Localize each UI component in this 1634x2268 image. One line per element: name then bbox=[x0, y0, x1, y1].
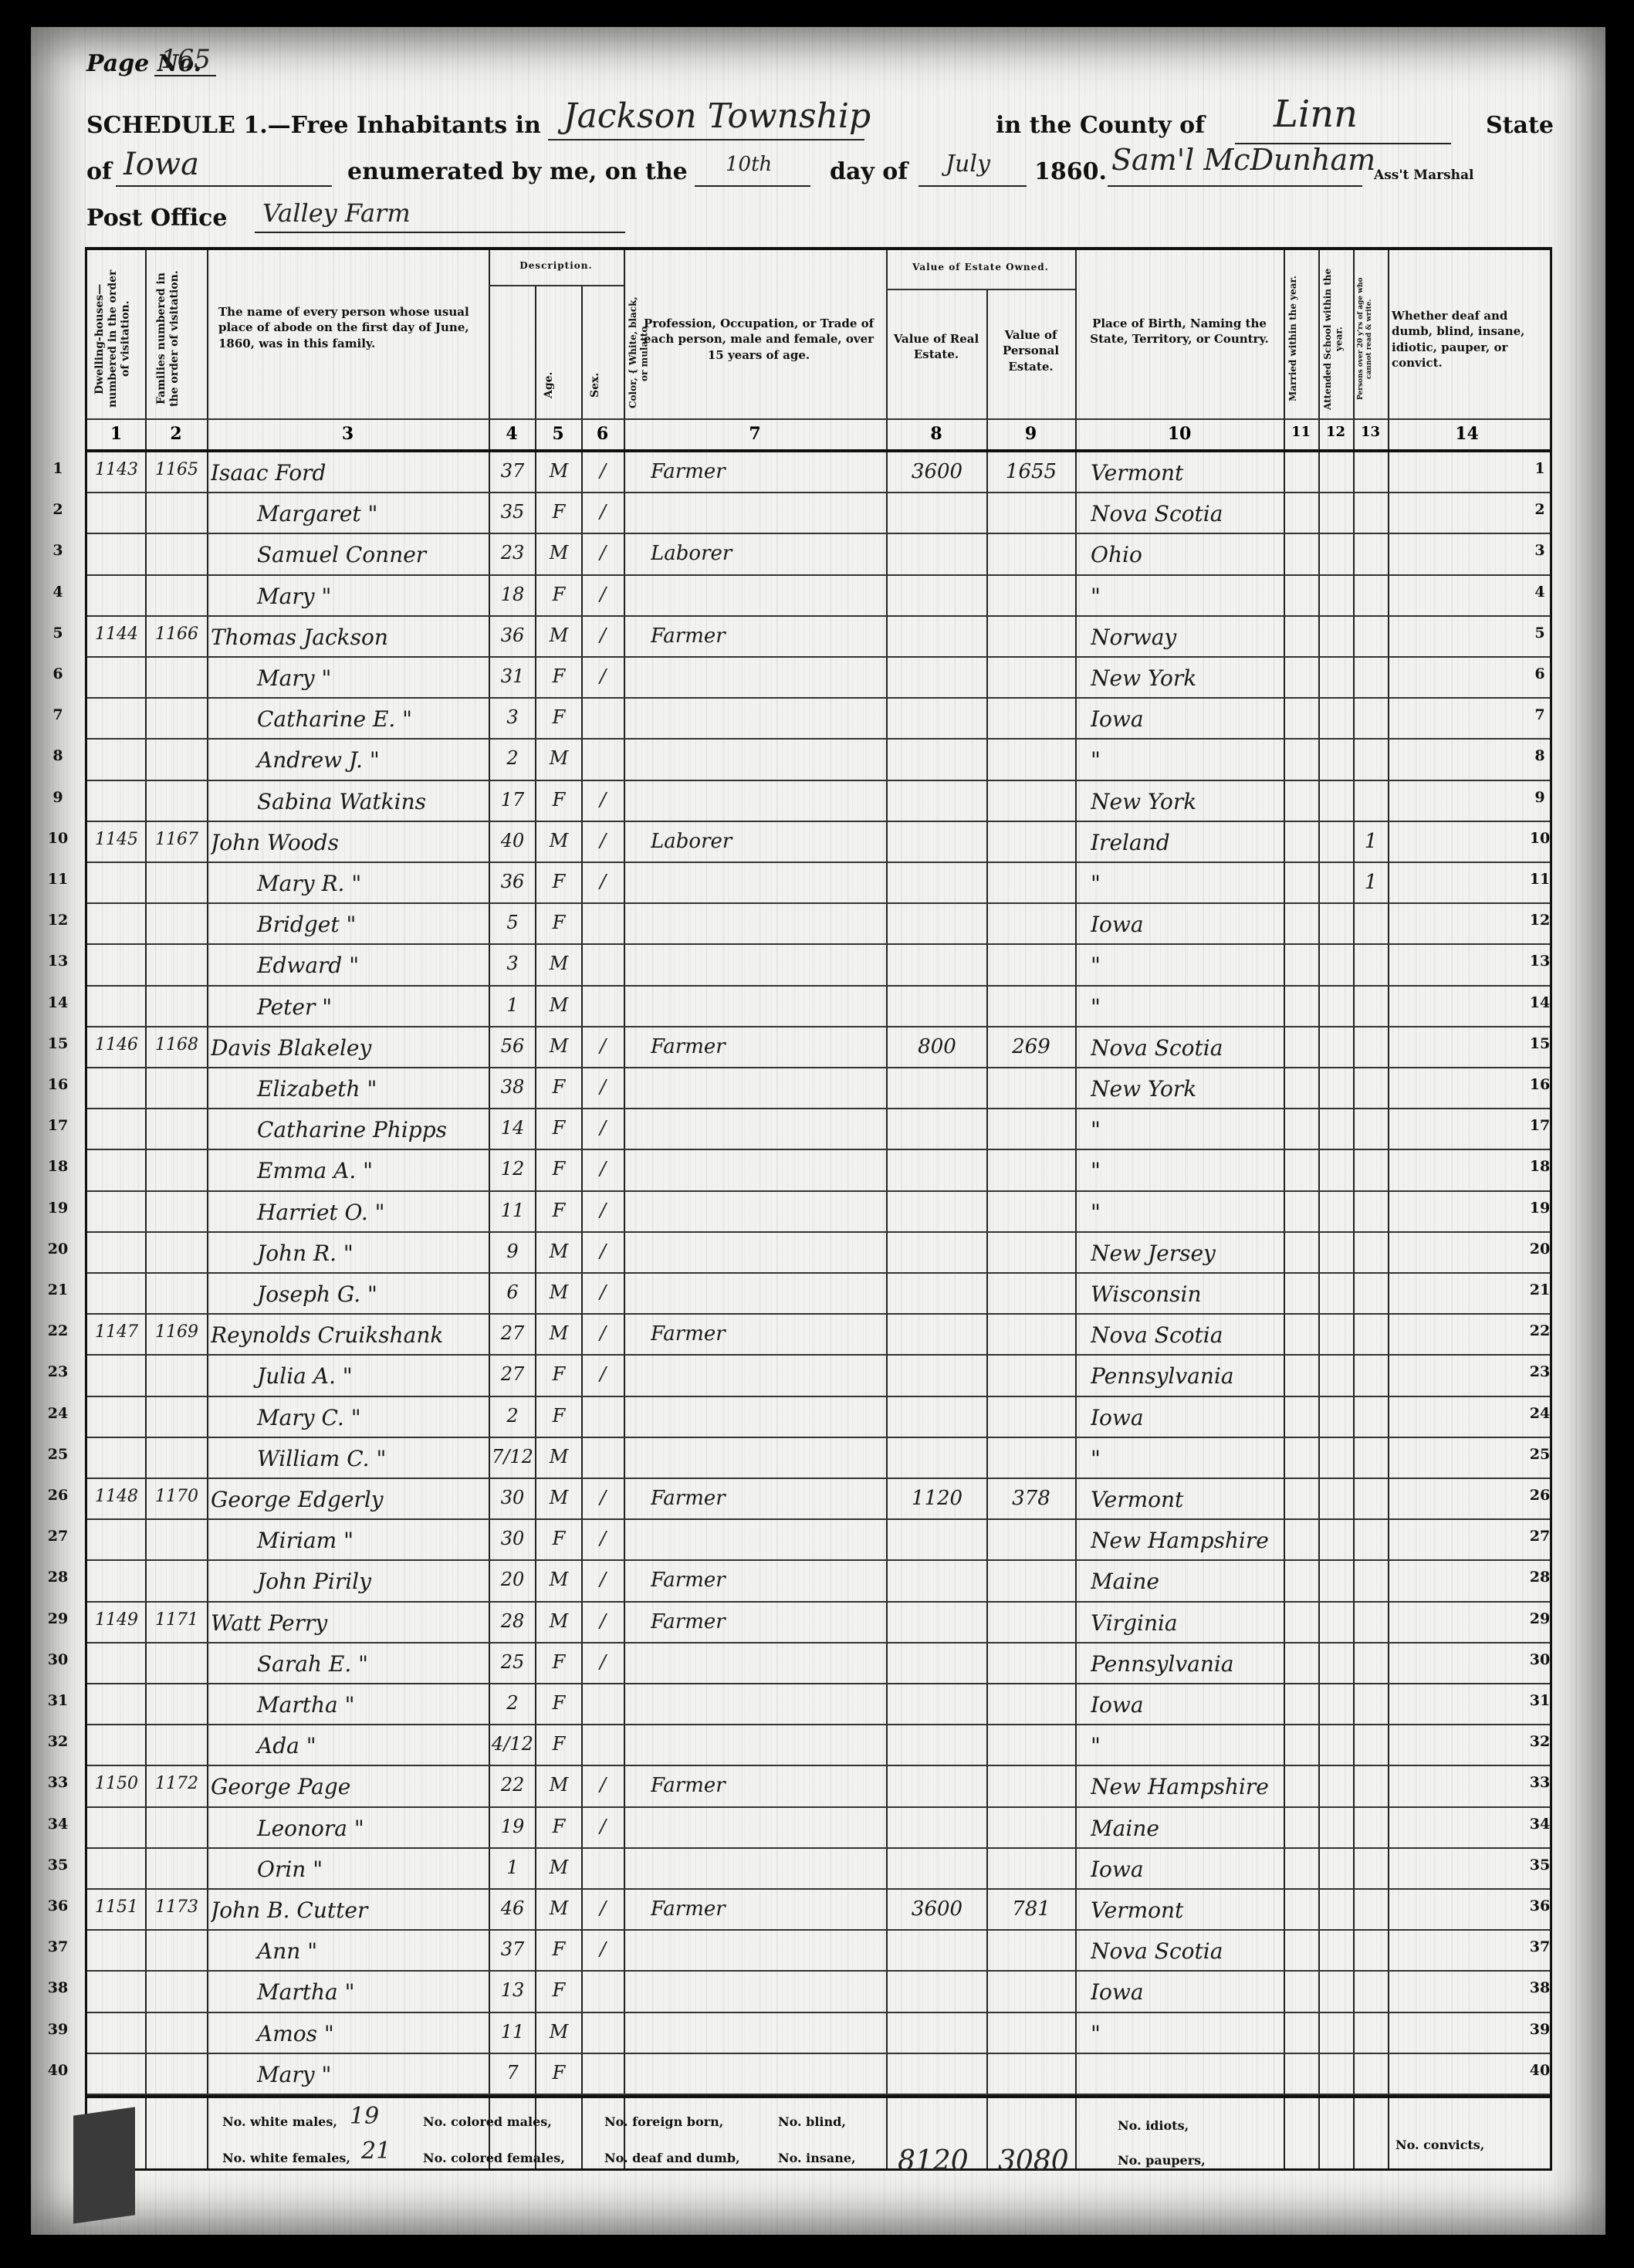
estate-group-divider bbox=[886, 289, 1075, 290]
sex: F bbox=[536, 1405, 581, 1427]
sex: M bbox=[536, 1774, 581, 1796]
line-number-right: 3 bbox=[1524, 542, 1555, 559]
dwelling-number: 1149 bbox=[89, 1610, 144, 1630]
age: 14 bbox=[490, 1117, 535, 1139]
line-number-right: 12 bbox=[1524, 912, 1555, 929]
line-number-right: 9 bbox=[1524, 789, 1555, 806]
person-name: Elizabeth " bbox=[211, 1076, 533, 1102]
color: / bbox=[583, 501, 623, 523]
color: / bbox=[583, 1076, 623, 1098]
table-row: John Pirily20M/FarmerMaine bbox=[87, 1561, 1550, 1602]
birthplace: Vermont bbox=[1091, 460, 1282, 486]
county-label: in the County of bbox=[996, 112, 1205, 139]
sex: F bbox=[536, 1158, 581, 1180]
table-row: Emma A. "12F/" bbox=[87, 1150, 1550, 1191]
birthplace: " bbox=[1091, 1733, 1282, 1759]
line-number-left: 27 bbox=[42, 1528, 73, 1545]
table-row: Mary R. "36F/"1 bbox=[87, 863, 1550, 904]
sex: F bbox=[536, 789, 581, 811]
person-name: Isaac Ford bbox=[211, 460, 487, 486]
birthplace: New York bbox=[1091, 1076, 1282, 1102]
foreign-born-label: No. foreign born, bbox=[604, 2114, 723, 2129]
line-number-right: 34 bbox=[1524, 1816, 1555, 1833]
birthplace: New Hampshire bbox=[1091, 1774, 1282, 1799]
birthplace: New York bbox=[1091, 789, 1282, 814]
birthplace: Iowa bbox=[1091, 706, 1282, 732]
person-name: Julia A. " bbox=[211, 1363, 533, 1389]
table-row: 11471169Reynolds Cruikshank27M/FarmerNov… bbox=[87, 1315, 1550, 1356]
age: 2 bbox=[490, 1692, 535, 1714]
line-number-left: 38 bbox=[42, 1979, 73, 1996]
person-name: Andrew J. " bbox=[211, 747, 533, 773]
person-name: Leonora " bbox=[211, 1816, 533, 1841]
table-row: Mary "18F/" bbox=[87, 576, 1550, 617]
age: 7/12 bbox=[490, 1446, 535, 1467]
enumerator-underline bbox=[1108, 185, 1362, 187]
line-number-left: 30 bbox=[42, 1651, 73, 1668]
sex: M bbox=[536, 1446, 581, 1467]
age: 35 bbox=[490, 501, 535, 523]
age: 30 bbox=[490, 1487, 535, 1508]
col-number: 3 bbox=[207, 424, 489, 444]
paupers-label: No. paupers, bbox=[1118, 2153, 1206, 2168]
dwelling-number: 1151 bbox=[89, 1897, 144, 1917]
line-number-right: 22 bbox=[1524, 1322, 1555, 1339]
birthplace: Vermont bbox=[1091, 1487, 1282, 1512]
line-number-right: 38 bbox=[1524, 1979, 1555, 1996]
color: / bbox=[583, 1117, 623, 1139]
sex: F bbox=[536, 1979, 581, 2001]
col-number: 14 bbox=[1388, 424, 1546, 444]
real-estate-total: 8120 bbox=[898, 2145, 969, 2177]
color: / bbox=[583, 1569, 623, 1590]
age: 3 bbox=[490, 706, 535, 728]
table-row: Martha "2FIowa bbox=[87, 1684, 1550, 1725]
line-number-right: 33 bbox=[1524, 1774, 1555, 1791]
table-row: 11441166Thomas Jackson36M/FarmerNorway bbox=[87, 617, 1550, 658]
occupation: Farmer bbox=[651, 625, 882, 648]
age: 2 bbox=[490, 1405, 535, 1427]
col-number: 11 bbox=[1284, 424, 1318, 440]
col2-header: Families numbered in the order of visita… bbox=[155, 266, 201, 412]
line-number-left: 40 bbox=[42, 2062, 73, 2079]
color: / bbox=[583, 1816, 623, 1837]
white-males-label: No. white males, bbox=[222, 2114, 337, 2129]
color: / bbox=[583, 1610, 623, 1632]
col-number: 13 bbox=[1353, 424, 1388, 440]
personal-estate-value: 781 bbox=[989, 1897, 1074, 1921]
table-row: Samuel Conner23M/LaborerOhio bbox=[87, 534, 1550, 575]
birthplace: Iowa bbox=[1091, 1857, 1282, 1882]
line-number-right: 37 bbox=[1524, 1938, 1555, 1955]
age: 36 bbox=[490, 871, 535, 892]
person-name: Catharine Phipps bbox=[211, 1117, 533, 1142]
line-number-left: 24 bbox=[42, 1405, 73, 1422]
family-number: 1170 bbox=[147, 1487, 206, 1506]
sex: M bbox=[536, 2021, 581, 2043]
line-number-right: 2 bbox=[1524, 501, 1555, 518]
line-number-right: 4 bbox=[1524, 584, 1555, 601]
birthplace: " bbox=[1091, 953, 1282, 978]
col14-header: Whether deaf and dumb, blind, insane, id… bbox=[1392, 308, 1546, 371]
estate-group-header: Value of Estate Owned. bbox=[886, 261, 1075, 273]
table-row: 11451167John Woods40M/LaborerIreland1 bbox=[87, 822, 1550, 863]
birthplace: " bbox=[1091, 1117, 1282, 1142]
line-number-right: 32 bbox=[1524, 1733, 1555, 1750]
occupation: Farmer bbox=[651, 1322, 882, 1346]
table-row: Ada "4/12F" bbox=[87, 1725, 1550, 1766]
footer-divider bbox=[87, 2095, 1550, 2098]
line-number-left: 36 bbox=[42, 1897, 73, 1914]
birthplace: Pennsylvania bbox=[1091, 1363, 1282, 1389]
occupation: Farmer bbox=[651, 1569, 882, 1592]
birthplace: " bbox=[1091, 747, 1282, 773]
sex: M bbox=[536, 542, 581, 564]
birthplace: Pennsylvania bbox=[1091, 1651, 1282, 1677]
description-group-divider bbox=[489, 285, 624, 286]
birthplace: " bbox=[1091, 584, 1282, 609]
occupation: Farmer bbox=[651, 460, 882, 483]
table-row: Miriam "30F/New Hampshire bbox=[87, 1520, 1550, 1561]
col11-header: Married within the year. bbox=[1287, 266, 1317, 412]
white-females-count: 21 bbox=[361, 2138, 391, 2165]
person-name: Emma A. " bbox=[211, 1158, 533, 1183]
birthplace: " bbox=[1091, 1446, 1282, 1471]
color: / bbox=[583, 1035, 623, 1057]
line-number-left: 8 bbox=[42, 747, 73, 764]
sex: F bbox=[536, 706, 581, 728]
col-number: 8 bbox=[886, 424, 986, 444]
person-name: William C. " bbox=[211, 1446, 533, 1471]
age: 28 bbox=[490, 1610, 535, 1632]
age: 11 bbox=[490, 2021, 535, 2043]
person-name: Amos " bbox=[211, 2021, 533, 2046]
person-name: Martha " bbox=[211, 1692, 533, 1718]
age: 36 bbox=[490, 625, 535, 646]
family-number: 1166 bbox=[147, 625, 206, 644]
person-name: Watt Perry bbox=[211, 1610, 487, 1636]
age: 12 bbox=[490, 1158, 535, 1180]
line-number-right: 30 bbox=[1524, 1651, 1555, 1668]
birthplace: Wisconsin bbox=[1091, 1281, 1282, 1307]
color: / bbox=[583, 542, 623, 564]
page-number-underline bbox=[154, 75, 216, 76]
birthplace: Maine bbox=[1091, 1816, 1282, 1841]
family-number: 1169 bbox=[147, 1322, 206, 1342]
birthplace: " bbox=[1091, 871, 1282, 896]
table-row: 11431165Isaac Ford37M/Farmer36001655Verm… bbox=[87, 452, 1550, 493]
line-number-right: 8 bbox=[1524, 747, 1555, 764]
age: 6 bbox=[490, 1281, 535, 1303]
state-label: State bbox=[1486, 112, 1554, 139]
white-males-count: 19 bbox=[350, 2103, 379, 2130]
dwelling-number: 1143 bbox=[89, 460, 144, 479]
occupation: Laborer bbox=[651, 542, 882, 565]
color: / bbox=[583, 871, 623, 892]
birthplace: Nova Scotia bbox=[1091, 501, 1282, 526]
person-name: John R. " bbox=[211, 1241, 533, 1266]
col-number: 2 bbox=[145, 424, 207, 444]
binding-tab bbox=[73, 2107, 135, 2223]
person-name: Sabina Watkins bbox=[211, 789, 533, 814]
col9-header: Value of Personal Estate. bbox=[990, 327, 1071, 374]
col-number: 1 bbox=[87, 424, 145, 444]
birthplace: " bbox=[1091, 1158, 1282, 1183]
birthplace: " bbox=[1091, 2021, 1282, 2046]
birthplace: Ireland bbox=[1091, 830, 1282, 855]
line-number-right: 21 bbox=[1524, 1281, 1555, 1298]
line-number-left: 32 bbox=[42, 1733, 73, 1750]
personal-estate-value: 378 bbox=[989, 1487, 1074, 1510]
sex: M bbox=[536, 747, 581, 769]
occupation: Farmer bbox=[651, 1774, 882, 1797]
sex: F bbox=[536, 1528, 581, 1549]
table-row: Julia A. "27F/Pennsylvania bbox=[87, 1356, 1550, 1396]
line-number-right: 35 bbox=[1524, 1857, 1555, 1874]
age: 13 bbox=[490, 1979, 535, 2001]
line-number-right: 6 bbox=[1524, 665, 1555, 682]
line-number-left: 19 bbox=[42, 1200, 73, 1217]
table-row: 11491171Watt Perry28M/FarmerVirginia bbox=[87, 1603, 1550, 1643]
line-number-right: 31 bbox=[1524, 1692, 1555, 1709]
family-number: 1171 bbox=[147, 1610, 206, 1630]
color: / bbox=[583, 1528, 623, 1549]
age: 25 bbox=[490, 1651, 535, 1673]
line-number-left: 16 bbox=[42, 1076, 73, 1093]
color: / bbox=[583, 1651, 623, 1673]
line-number-left: 39 bbox=[42, 2021, 73, 2038]
age: 27 bbox=[490, 1363, 535, 1385]
birthplace: Norway bbox=[1091, 625, 1282, 650]
sex: M bbox=[536, 830, 581, 851]
person-name: Bridget " bbox=[211, 912, 533, 937]
line-number-left: 1 bbox=[42, 460, 73, 477]
post-office-value: Valley Farm bbox=[262, 198, 411, 228]
page-number: 165 bbox=[161, 44, 211, 75]
person-name: Edward " bbox=[211, 953, 533, 978]
color: / bbox=[583, 584, 623, 605]
person-name: Joseph G. " bbox=[211, 1281, 533, 1307]
real-estate-value: 3600 bbox=[890, 1897, 984, 1921]
birthplace: Virginia bbox=[1091, 1610, 1282, 1636]
birthplace: Iowa bbox=[1091, 1692, 1282, 1718]
state-underline bbox=[116, 185, 332, 187]
birthplace: " bbox=[1091, 994, 1282, 1020]
person-name: Martha " bbox=[211, 1979, 533, 2005]
dwelling-number: 1146 bbox=[89, 1035, 144, 1054]
line-number-right: 13 bbox=[1524, 953, 1555, 970]
table-row: 11481170George Edgerly30M/Farmer1120378V… bbox=[87, 1479, 1550, 1520]
table-row: Orin "1MIowa bbox=[87, 1849, 1550, 1890]
age: 22 bbox=[490, 1774, 535, 1796]
sex: M bbox=[536, 994, 581, 1016]
birthplace: " bbox=[1091, 1200, 1282, 1225]
age: 19 bbox=[490, 1816, 535, 1837]
age: 56 bbox=[490, 1035, 535, 1057]
color: / bbox=[583, 1322, 623, 1344]
col4-header: Age. bbox=[543, 358, 573, 412]
table-row: Peter "1M" bbox=[87, 987, 1550, 1027]
line-number-right: 28 bbox=[1524, 1569, 1555, 1586]
person-name: Reynolds Cruikshank bbox=[211, 1322, 487, 1348]
insane-label: No. insane, bbox=[778, 2151, 856, 2165]
table-row: Martha "13FIowa bbox=[87, 1972, 1550, 2012]
person-name: Catharine E. " bbox=[211, 706, 533, 732]
line-number-left: 15 bbox=[42, 1035, 73, 1052]
age: 37 bbox=[490, 460, 535, 482]
birthplace: Maine bbox=[1091, 1569, 1282, 1594]
birthplace: Iowa bbox=[1091, 1405, 1282, 1430]
occupation: Farmer bbox=[651, 1035, 882, 1058]
blind-label: No. blind, bbox=[778, 2114, 846, 2129]
age: 5 bbox=[490, 912, 535, 933]
line-number-left: 26 bbox=[42, 1487, 73, 1504]
line-number-left: 34 bbox=[42, 1816, 73, 1833]
line-number-left: 18 bbox=[42, 1158, 73, 1175]
sex: M bbox=[536, 953, 581, 974]
line-number-left: 4 bbox=[42, 584, 73, 601]
col-number: 5 bbox=[535, 424, 581, 444]
table-row: Sarah E. "25F/Pennsylvania bbox=[87, 1643, 1550, 1684]
real-estate-value: 3600 bbox=[890, 460, 984, 483]
person-name: Sarah E. " bbox=[211, 1651, 533, 1677]
dwelling-number: 1147 bbox=[89, 1322, 144, 1342]
line-number-left: 28 bbox=[42, 1569, 73, 1586]
person-name: Davis Blakeley bbox=[211, 1035, 487, 1061]
cannot-read-write: 1 bbox=[1355, 871, 1387, 894]
personal-estate-value: 269 bbox=[989, 1035, 1074, 1058]
line-number-left: 35 bbox=[42, 1857, 73, 1874]
line-number-left: 13 bbox=[42, 953, 73, 970]
deaf-dumb-label: No. deaf and dumb, bbox=[604, 2151, 740, 2165]
table-row: Catharine Phipps14F/" bbox=[87, 1109, 1550, 1150]
col-number: 6 bbox=[581, 424, 624, 444]
family-number: 1168 bbox=[147, 1035, 206, 1054]
birthplace: Nova Scotia bbox=[1091, 1035, 1282, 1061]
sex: M bbox=[536, 1281, 581, 1303]
col7-header: Profession, Occupation, or Trade of each… bbox=[643, 316, 875, 363]
age: 20 bbox=[490, 1569, 535, 1590]
table-row: Leonora "19F/Maine bbox=[87, 1808, 1550, 1849]
birthplace: New Hampshire bbox=[1091, 1528, 1282, 1553]
dwelling-number: 1148 bbox=[89, 1487, 144, 1506]
township-value: Jackson Township bbox=[563, 96, 871, 136]
col3-header: The name of every person whose usual pla… bbox=[218, 304, 481, 351]
line-number-right: 15 bbox=[1524, 1035, 1555, 1052]
age: 3 bbox=[490, 953, 535, 974]
birthplace: Iowa bbox=[1091, 912, 1282, 937]
line-number-right: 11 bbox=[1524, 871, 1555, 888]
year-label: 1860. bbox=[1034, 158, 1107, 185]
birthplace: Nova Scotia bbox=[1091, 1938, 1282, 1964]
line-number-right: 17 bbox=[1524, 1117, 1555, 1134]
line-number-right: 29 bbox=[1524, 1610, 1555, 1627]
table-row: Edward "3M" bbox=[87, 945, 1550, 986]
post-office-underline bbox=[255, 232, 625, 233]
line-number-left: 20 bbox=[42, 1241, 73, 1258]
sex: M bbox=[536, 1610, 581, 1632]
sex: F bbox=[536, 1117, 581, 1139]
line-number-right: 16 bbox=[1524, 1076, 1555, 1093]
real-estate-value: 800 bbox=[890, 1035, 984, 1058]
sex: F bbox=[536, 1363, 581, 1385]
age: 31 bbox=[490, 665, 535, 687]
age: 1 bbox=[490, 994, 535, 1016]
person-name: Orin " bbox=[211, 1857, 533, 1882]
dwelling-number: 1145 bbox=[89, 830, 144, 849]
line-number-right: 20 bbox=[1524, 1241, 1555, 1258]
real-estate-value: 1120 bbox=[890, 1487, 984, 1510]
age: 1 bbox=[490, 1857, 535, 1878]
cannot-read-write: 1 bbox=[1355, 830, 1387, 853]
census-table: Description. Value of Estate Owned. Dwel… bbox=[85, 247, 1552, 2171]
sex: M bbox=[536, 1241, 581, 1262]
age: 4/12 bbox=[490, 1733, 535, 1755]
dwelling-number: 1150 bbox=[89, 1774, 144, 1793]
color: / bbox=[583, 665, 623, 687]
sex: F bbox=[536, 501, 581, 523]
line-number-left: 25 bbox=[42, 1446, 73, 1463]
month-value: July bbox=[946, 151, 990, 178]
table-row: 11461168Davis Blakeley56M/Farmer800269No… bbox=[87, 1027, 1550, 1068]
table-row: Elizabeth "38F/New York bbox=[87, 1068, 1550, 1109]
table-row: Amos "11M" bbox=[87, 2013, 1550, 2054]
person-name: Harriet O. " bbox=[211, 1200, 533, 1225]
sex: F bbox=[536, 1938, 581, 1960]
person-name: Miriam " bbox=[211, 1528, 533, 1553]
age: 27 bbox=[490, 1322, 535, 1344]
marshal-label: Ass't Marshal bbox=[1374, 168, 1474, 183]
sex: M bbox=[536, 1487, 581, 1508]
sex: F bbox=[536, 1076, 581, 1098]
age: 46 bbox=[490, 1897, 535, 1919]
colored-males-label: No. colored males, bbox=[423, 2114, 552, 2129]
occupation: Farmer bbox=[651, 1487, 882, 1510]
color: / bbox=[583, 1281, 623, 1303]
age: 7 bbox=[490, 2062, 535, 2084]
line-number-left: 29 bbox=[42, 1610, 73, 1627]
day-of-label: day of bbox=[830, 158, 908, 185]
family-number: 1173 bbox=[147, 1897, 206, 1917]
color: / bbox=[583, 830, 623, 851]
table-row: Mary C. "2FIowa bbox=[87, 1397, 1550, 1438]
sex: M bbox=[536, 625, 581, 646]
day-underline bbox=[695, 185, 810, 187]
personal-estate-total: 3080 bbox=[998, 2145, 1069, 2177]
line-number-right: 40 bbox=[1524, 2062, 1555, 2079]
age: 40 bbox=[490, 830, 535, 851]
line-number-left: 6 bbox=[42, 665, 73, 682]
birthplace: Vermont bbox=[1091, 1897, 1282, 1923]
post-office-label: Post Office bbox=[86, 205, 227, 232]
line-number-left: 5 bbox=[42, 625, 73, 641]
sex: F bbox=[536, 1816, 581, 1837]
convicts-label: No. convicts, bbox=[1395, 2138, 1484, 2152]
line-number-left: 14 bbox=[42, 994, 73, 1011]
family-number: 1165 bbox=[147, 460, 206, 479]
color: / bbox=[583, 460, 623, 482]
person-name: Mary R. " bbox=[211, 871, 533, 896]
color: / bbox=[583, 1200, 623, 1221]
line-number-right: 25 bbox=[1524, 1446, 1555, 1463]
col12-header: Attended School within the year. bbox=[1322, 266, 1352, 412]
month-underline bbox=[918, 185, 1027, 187]
sex: F bbox=[536, 2062, 581, 2084]
age: 9 bbox=[490, 1241, 535, 1262]
line-number-right: 1 bbox=[1524, 460, 1555, 477]
line-number-left: 2 bbox=[42, 501, 73, 518]
sex: M bbox=[536, 1569, 581, 1590]
